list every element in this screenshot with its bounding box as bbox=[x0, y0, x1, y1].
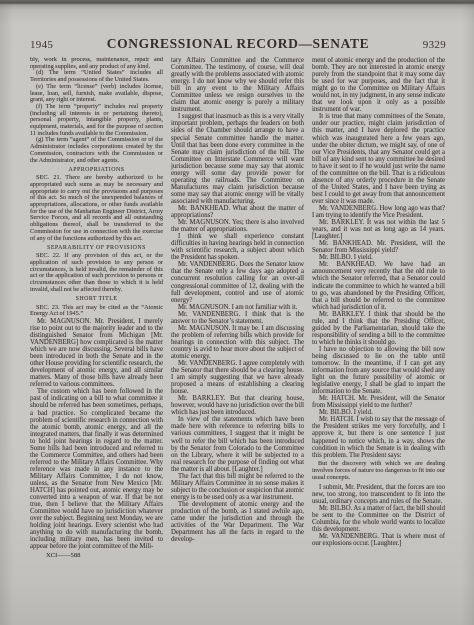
paragraph: Mr. VANDENBERG. I agree completely with … bbox=[171, 360, 304, 395]
paragraph: I suggest that inasmuch as this is a ver… bbox=[171, 113, 304, 205]
paragraph: SEC. 22. If any provision of this act, o… bbox=[30, 253, 163, 293]
column-1: bly, work in process, maintenance, repai… bbox=[30, 57, 163, 611]
paragraph: (e) The term “license” (verb) includes l… bbox=[30, 84, 163, 104]
column-3: ment of atomic energy and the production… bbox=[312, 57, 445, 611]
paragraph: I think we shall experience constant dif… bbox=[171, 233, 304, 261]
running-head: 1945 CONGRESSIONAL RECORD—SENATE 9329 bbox=[30, 36, 446, 52]
paragraph: Mr. BANKHEAD. We have had an announcemen… bbox=[312, 261, 445, 310]
section-heading: SEPARABILITY OF PROVISIONS bbox=[30, 245, 163, 252]
paragraph: ment of atomic energy and the production… bbox=[312, 57, 445, 113]
paragraph: Mr. BANKHEAD. What about the matter of a… bbox=[171, 205, 304, 219]
paragraph: The fact that this bill might be referre… bbox=[171, 473, 304, 501]
paragraph: Mr. MAGNUSON. Yes; there is also involve… bbox=[171, 219, 304, 233]
paragraph: Mr. VANDENBERG. How long ago was that? I… bbox=[312, 205, 445, 219]
paragraph: Mr. BILBO. I yield. bbox=[312, 254, 445, 261]
paragraph: Mr. BARKLEY. It was not within the last … bbox=[312, 219, 445, 240]
paragraph: (d) The term “United States” includes al… bbox=[30, 70, 163, 83]
paragraph: Mr. MAGNUSON. It may be. I am discussing… bbox=[171, 325, 304, 360]
signature-mark: XCI——588 bbox=[30, 552, 163, 560]
paragraph: Mr. MAGNUSON. I am not familiar with it. bbox=[171, 304, 304, 311]
paragraph: (f) The term “property” includes real pr… bbox=[30, 104, 163, 138]
paragraph: SEC. 23. This act may be cited as the “A… bbox=[30, 305, 163, 318]
paragraph: I have no objection to allowing the bill… bbox=[312, 346, 445, 395]
paragraph: Mr. BARKLEY. I think that should be the … bbox=[312, 311, 445, 346]
paragraph: The custom which has been followed in th… bbox=[30, 388, 163, 550]
year-label: 1945 bbox=[30, 39, 100, 51]
paragraph: Mr. HATCH. Mr. President, will the Senat… bbox=[312, 395, 445, 409]
paragraph: Mr. VANDENBERG. Does the Senator know th… bbox=[171, 261, 304, 303]
paragraph: Mr. BARKLEY. But that clearing house, ho… bbox=[171, 395, 304, 416]
paragraph: Mr. MAGNUSON. Mr. President, I merely ri… bbox=[30, 318, 163, 388]
paragraph: Mr. HATCH. I wish to say that the messag… bbox=[312, 416, 445, 458]
paragraph: Mr. VANDENBERG. I think that is the answ… bbox=[171, 311, 304, 325]
quoted-text: But the discovery with which we are deal… bbox=[312, 461, 445, 481]
section-heading: SHORT TITLE bbox=[30, 296, 163, 303]
paragraph: I submit, Mr. President, that the forces… bbox=[312, 484, 445, 505]
paragraph: Mr. VANDENBERG. That is where most of ou… bbox=[312, 533, 445, 547]
paragraph: tary Affairs Committee and the Commerce … bbox=[171, 57, 304, 113]
text-columns: bly, work in process, maintenance, repai… bbox=[30, 57, 445, 611]
paragraph: Mr. BANKHEAD. Mr. President, will the Se… bbox=[312, 240, 445, 254]
page-number: 9329 bbox=[376, 39, 446, 51]
column-2: tary Affairs Committee and the Commerce … bbox=[171, 57, 304, 611]
paragraph: It is true that many committees of the S… bbox=[312, 113, 445, 205]
section-heading: APPROPRIATIONS bbox=[30, 167, 163, 174]
page-title: CONGRESSIONAL RECORD—SENATE bbox=[100, 36, 376, 52]
paragraph: The development of atomic energy and the… bbox=[171, 501, 304, 543]
paragraph: (g) The term “agent” of the Commission o… bbox=[30, 137, 163, 164]
paragraph: Mr. BILBO. As a matter of fact, the bill… bbox=[312, 505, 445, 533]
paragraph: In view of the statements which have bee… bbox=[171, 416, 304, 472]
paragraph: SEC. 21. There are hereby authorized to … bbox=[30, 175, 163, 242]
scanned-record-page: 1945 CONGRESSIONAL RECORD—SENATE 9329 bl… bbox=[0, 0, 474, 625]
